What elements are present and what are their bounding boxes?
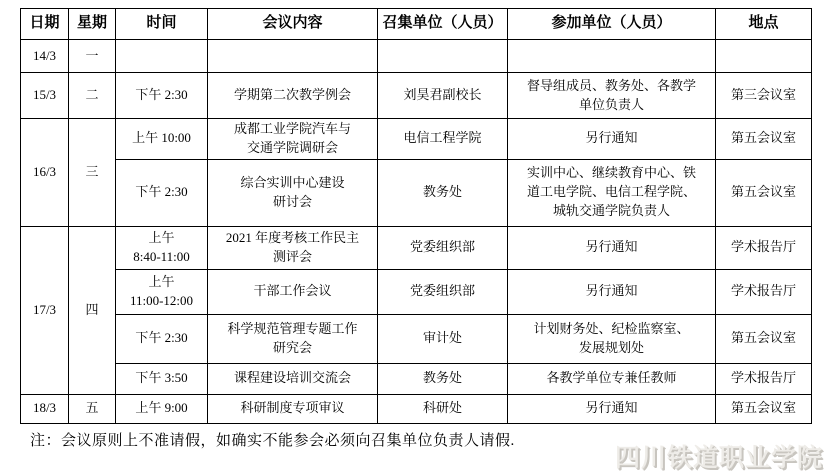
- cell-content: 成都工业学院汽车与 交通学院调研会: [208, 119, 378, 160]
- cell-time: 上午 10:00: [116, 119, 208, 160]
- cell-content: 课程建设培训交流会: [208, 363, 378, 394]
- page: 日期 星期 时间 会议内容 召集单位（人员） 参加单位（人员） 地点 14/3 …: [0, 0, 828, 473]
- cell-convener: 教务处: [378, 159, 508, 226]
- table-row: 下午 3:50 课程建设培训交流会 教务处 各教学单位专兼任教师 学术报告厅: [21, 363, 812, 394]
- cell-date: 18/3: [21, 394, 69, 423]
- table-row: 下午 2:30 综合实训中心建设 研讨会 教务处 实训中心、继续教育中心、铁 道…: [21, 159, 812, 226]
- table-row: 17/3 四 上午 8:40-11:00 2021 年度考核工作民主 测评会 党…: [21, 226, 812, 269]
- cell-weekday: 一: [69, 40, 116, 73]
- cell-participants: [508, 40, 716, 73]
- table-row: 18/3 五 上午 9:00 科研制度专项审议 科研处 另行通知 第五会议室: [21, 394, 812, 423]
- cell-time: [116, 40, 208, 73]
- col-header-time: 时间: [116, 9, 208, 40]
- cell-location: 第五会议室: [716, 119, 812, 160]
- watermark-logo: 四川铁道职业学院: [615, 438, 823, 473]
- cell-content: 科学规范管理专题工作 研究会: [208, 314, 378, 363]
- cell-participants: 实训中心、继续教育中心、铁 道工电学院、电信工程学院、 城轨交通学院负责人: [508, 159, 716, 226]
- cell-weekday: 二: [69, 73, 116, 119]
- table-row: 下午 2:30 科学规范管理专题工作 研究会 审计处 计划财务处、纪检监察室、 …: [21, 314, 812, 363]
- cell-convener: 审计处: [378, 314, 508, 363]
- col-header-content: 会议内容: [208, 9, 378, 40]
- cell-participants: 另行通知: [508, 269, 716, 314]
- cell-location: 学术报告厅: [716, 226, 812, 269]
- cell-location: 第五会议室: [716, 314, 812, 363]
- cell-location: 学术报告厅: [716, 363, 812, 394]
- cell-date: 15/3: [21, 73, 69, 119]
- cell-participants: 督导组成员、教务处、各教学 单位负责人: [508, 73, 716, 119]
- cell-content: [208, 40, 378, 73]
- cell-participants: 计划财务处、纪检监察室、 发展规划处: [508, 314, 716, 363]
- cell-time: 下午 2:30: [116, 314, 208, 363]
- table-row: 上午 11:00-12:00 干部工作会议 党委组织部 另行通知 学术报告厅: [21, 269, 812, 314]
- cell-content: 2021 年度考核工作民主 测评会: [208, 226, 378, 269]
- cell-participants: 各教学单位专兼任教师: [508, 363, 716, 394]
- cell-content: 科研制度专项审议: [208, 394, 378, 423]
- cell-content: 干部工作会议: [208, 269, 378, 314]
- cell-convener: 科研处: [378, 394, 508, 423]
- cell-content: 综合实训中心建设 研讨会: [208, 159, 378, 226]
- cell-convener: 电信工程学院: [378, 119, 508, 160]
- cell-time: 下午 2:30: [116, 73, 208, 119]
- cell-location: 学术报告厅: [716, 269, 812, 314]
- cell-convener: [378, 40, 508, 73]
- cell-weekday: 五: [69, 394, 116, 423]
- cell-time: 上午 9:00: [116, 394, 208, 423]
- cell-date: 16/3: [21, 119, 69, 227]
- cell-location: 第五会议室: [716, 159, 812, 226]
- meeting-schedule-table: 日期 星期 时间 会议内容 召集单位（人员） 参加单位（人员） 地点 14/3 …: [20, 8, 812, 424]
- cell-convener: 党委组织部: [378, 226, 508, 269]
- col-header-location: 地点: [716, 9, 812, 40]
- cell-content: 学期第二次教学例会: [208, 73, 378, 119]
- cell-convener: 刘昊君副校长: [378, 73, 508, 119]
- col-header-date: 日期: [21, 9, 69, 40]
- cell-convener: 教务处: [378, 363, 508, 394]
- cell-weekday: 三: [69, 119, 116, 227]
- col-header-convener: 召集单位（人员）: [378, 9, 508, 40]
- cell-time: 下午 3:50: [116, 363, 208, 394]
- col-header-weekday: 星期: [69, 9, 116, 40]
- cell-location: 第五会议室: [716, 394, 812, 423]
- cell-date: 17/3: [21, 226, 69, 394]
- cell-participants: 另行通知: [508, 226, 716, 269]
- cell-participants: 另行通知: [508, 394, 716, 423]
- table-row: 15/3 二 下午 2:30 学期第二次教学例会 刘昊君副校长 督导组成员、教务…: [21, 73, 812, 119]
- col-header-participants: 参加单位（人员）: [508, 9, 716, 40]
- cell-time: 上午 8:40-11:00: [116, 226, 208, 269]
- cell-date: 14/3: [21, 40, 69, 73]
- cell-weekday: 四: [69, 226, 116, 394]
- cell-location: [716, 40, 812, 73]
- note-text: 注：会议原则上不准请假，如确实不能参会必须向召集单位负责人请假.: [30, 429, 515, 450]
- cell-participants: 另行通知: [508, 119, 716, 160]
- cell-time: 上午 11:00-12:00: [116, 269, 208, 314]
- table-row: 16/3 三 上午 10:00 成都工业学院汽车与 交通学院调研会 电信工程学院…: [21, 119, 812, 160]
- cell-time: 下午 2:30: [116, 159, 208, 226]
- cell-location: 第三会议室: [716, 73, 812, 119]
- cell-convener: 党委组织部: [378, 269, 508, 314]
- table-row: 14/3 一: [21, 40, 812, 73]
